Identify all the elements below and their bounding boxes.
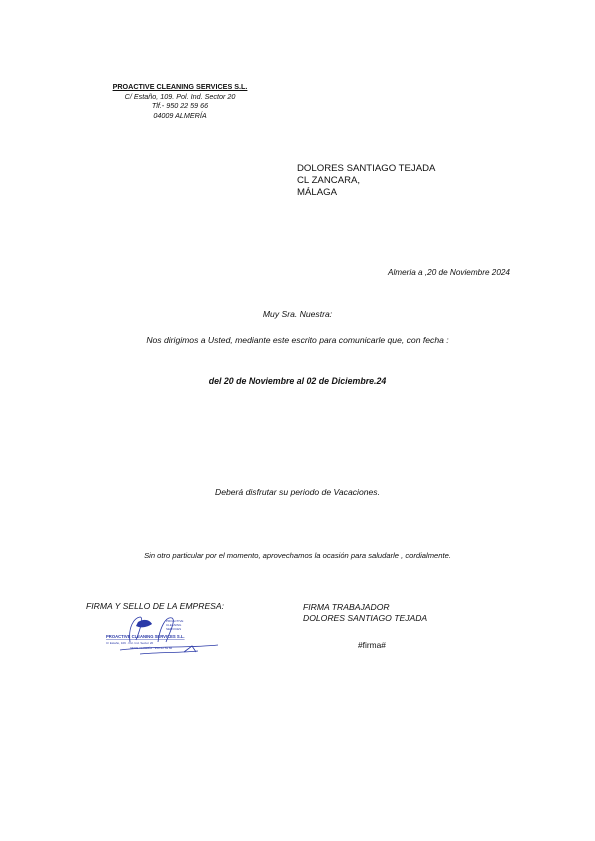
sender-phone: Tlf.- 950 22 59 66	[90, 101, 270, 111]
svg-text:C/ Estaño, 109 · Pol. Ind. Sec: C/ Estaño, 109 · Pol. Ind. Sector 20	[106, 641, 154, 645]
vacation-period: del 20 de Noviembre al 02 de Diciembre.2…	[0, 376, 595, 386]
worker-name: DOLORES SANTIAGO TEJADA	[303, 613, 427, 624]
salutation: Muy Sra. Nuestra:	[0, 309, 595, 319]
vacation-notice: Deberá disfrutar su periodo de Vacacione…	[0, 487, 595, 497]
sender-address: C/ Estaño, 109. Pol. Ind. Sector 20	[90, 92, 270, 102]
sender-city: 04009 ALMERÍA	[90, 111, 270, 121]
worker-signature-placeholder: #firma#	[358, 640, 386, 650]
recipient-street: CL ZANCARA,	[297, 175, 435, 187]
recipient-city: MÁLAGA	[297, 187, 435, 199]
sender-block: PROACTIVE CLEANING SERVICES S.L. C/ Esta…	[90, 82, 270, 120]
recipient-block: DOLORES SANTIAGO TEJADA CL ZANCARA, MÁLA…	[297, 163, 435, 199]
company-stamp: PROACTIVE CLEANING SERVICES PROACTIVE CL…	[100, 612, 225, 657]
svg-text:04009 ALMERÍA · 950 22 59 66: 04009 ALMERÍA · 950 22 59 66	[130, 646, 173, 650]
recipient-name: DOLORES SANTIAGO TEJADA	[297, 163, 435, 175]
intro-paragraph: Nos dirigimos a Usted, mediante este esc…	[0, 335, 595, 345]
svg-text:PROACTIVE CLEANING SERVICES S.: PROACTIVE CLEANING SERVICES S.L.	[106, 634, 185, 639]
svg-text:SERVICES: SERVICES	[166, 627, 181, 631]
worker-signature-label: FIRMA TRABAJADOR	[303, 602, 427, 613]
worker-signature-block: FIRMA TRABAJADOR DOLORES SANTIAGO TEJADA	[303, 602, 427, 624]
closing-paragraph: Sin otro particular por el momento, apro…	[0, 551, 595, 560]
date-line: Almeria a ,20 de Noviembre 2024	[388, 268, 510, 277]
stamp-signature-icon: PROACTIVE CLEANING SERVICES PROACTIVE CL…	[100, 612, 225, 657]
company-signature-label: FIRMA Y SELLO DE LA EMPRESA:	[86, 601, 224, 611]
sender-company-name: PROACTIVE CLEANING SERVICES S.L.	[90, 82, 270, 92]
